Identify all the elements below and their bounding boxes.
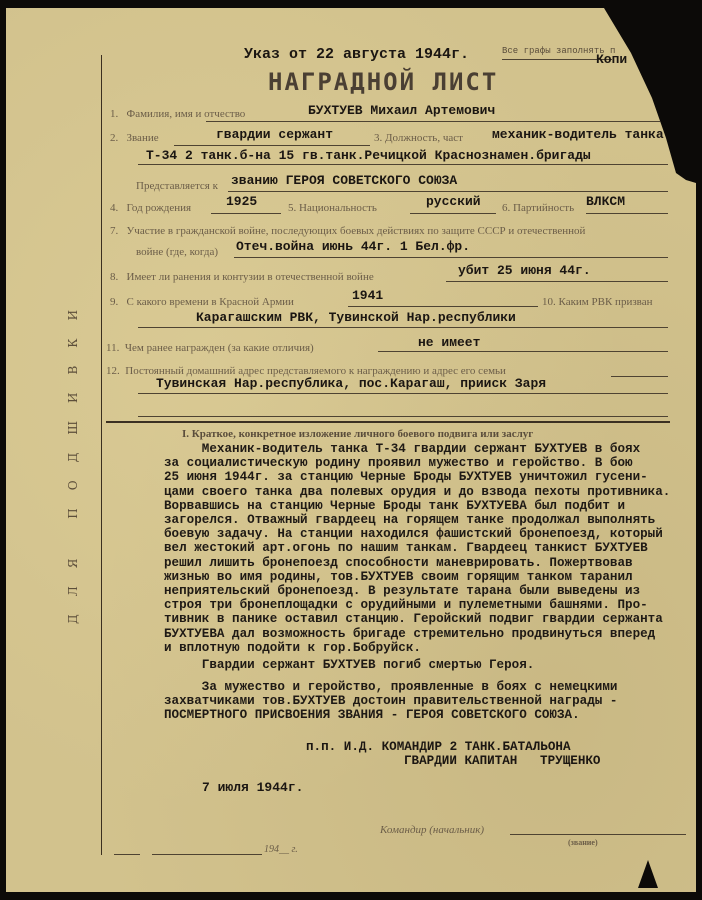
field-5-value: русский [426,194,481,209]
field-3-value: механик-водитель танка [492,127,664,142]
field-6-underline [586,213,668,214]
field-10-value: Карагашским РВК, Тувинской Нар.республик… [196,310,516,325]
field-12-value: Тувинская Нар.республика, пос.Карагаш, п… [156,376,546,391]
presented-label: Представляется к [136,180,218,192]
field-2-value: гвардии сержант [216,127,333,142]
field-7-underline [234,257,668,258]
narrative-heading: I. Краткое, конкретное изложение личного… [182,428,533,440]
field-7-value: Отеч.война июнь 44г. 1 Бел.фр. [236,239,470,254]
copy-stamp: Копи [596,52,627,67]
presented-value: званию ГЕРОЯ СОВЕТСКОГО СОЮЗА [231,173,457,188]
signature-line-1: п.п. И.Д. КОМАНДИР 2 ТАНК.БАТАЛЬОНА [306,740,571,754]
field-11-underline [378,351,668,352]
field-12-underline-2 [138,393,668,394]
field-4-underline [211,213,281,214]
field-9-label: 9. С какого времени в Красной Армии [110,296,294,308]
field-10-underline [138,327,668,328]
field-2-label: 2. Звание [110,132,159,144]
commander-label: Командир (начальник) [380,824,484,836]
field-4-label: 4. Год рождения [110,202,191,214]
field-12-underline-3 [138,416,668,417]
document-title: НАГРАДНОЙ ЛИСТ [268,68,498,96]
commander-underline [510,834,686,835]
field-3-underline [138,164,668,165]
date-day-blank [114,854,140,855]
field-8-underline [446,281,668,282]
binding-margin-label: ДЛЯ ПОДШИВКИ [66,258,126,658]
field-5-underline [410,213,496,214]
field-2-underline [174,145,370,146]
conclusion-text: За мужество и геройство, проявленные в б… [164,680,617,723]
award-sheet-paper: ДЛЯ ПОДШИВКИ Указ от 22 августа 1944г. В… [6,8,696,892]
field-11-label: 11. Чем ранее награжден (за какие отличи… [106,342,314,354]
field-8-value: убит 25 июня 44г. [458,263,591,278]
field-12-underline [611,376,668,377]
field-8-label: 8. Имеет ли ранения и контузии в отечест… [110,271,374,283]
signature-line-2: ГВАРДИИ КАПИТАН ТРУЩЕНКО [404,754,601,768]
field-9-value: 1941 [352,288,383,303]
signature-date: 7 июля 1944г. [202,780,303,795]
field-11-value: не имеет [418,335,480,350]
field-6-label: 6. Партийность [502,202,574,214]
narrative-text: Механик-водитель танка Т-34 гвардии серж… [164,442,670,655]
torn-corner [638,860,658,888]
death-line: Гвардии сержант БУХТУЕВ погиб смертью Ге… [164,658,534,672]
date-month-blank [152,854,262,855]
field-6-value: ВЛКСМ [586,194,625,209]
rank-caption: (звание) [568,838,598,847]
field-1-value: БУХТУЕВ Михаил Артемович [308,103,495,118]
field-1-label: 1. Фамилия, имя и отчество [110,108,245,120]
field-4-value: 1925 [226,194,257,209]
field-7-label: 7. Участие в гражданской войне, последую… [110,225,585,237]
field-3-value-cont: Т-34 2 танк.б-на 15 гв.танк.Речицкой Кра… [146,148,591,163]
field-7-label-cont: войне (где, когда) [136,246,218,258]
decree-line: Указ от 22 августа 1944г. [244,46,469,63]
field-5-label: 5. Национальность [288,202,377,214]
date-year-blank: 194__ г. [264,844,298,855]
field-9-underline [348,306,538,307]
section-divider [106,421,670,423]
field-3-label: 3. Должность, част [374,132,463,144]
field-1-underline [206,121,666,122]
field-10-label: 10. Каким РВК призван [542,296,653,308]
presented-underline [228,191,668,192]
